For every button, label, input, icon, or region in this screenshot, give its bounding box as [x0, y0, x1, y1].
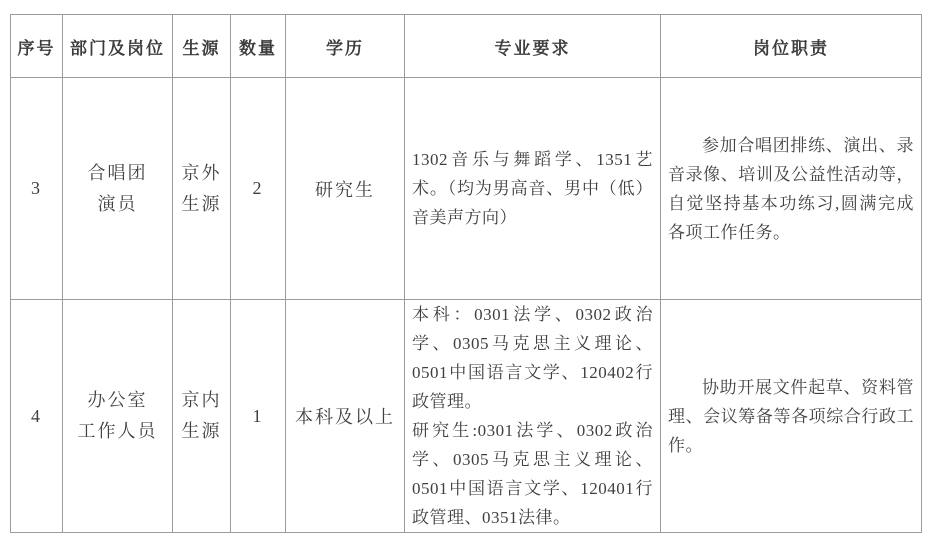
major-paragraph: 研究生:0301法学、0302政治学、0305马克思主义理论、0501中国语言文…: [412, 416, 653, 532]
department-line: 工作人员: [64, 416, 171, 447]
document-page: 序号 部门及岗位 生源 数量 学历 专业要求 岗位职责 3 合唱团 演员 京外 …: [0, 0, 930, 546]
cell-source: 京外 生源: [173, 78, 231, 300]
table-row: 3 合唱团 演员 京外 生源 2 研究生 1302音乐与舞蹈学、1351艺术。（…: [11, 78, 922, 300]
cell-serial: 4: [11, 300, 63, 533]
cell-department: 合唱团 演员: [63, 78, 173, 300]
header-department: 部门及岗位: [63, 15, 173, 78]
cell-duties: 参加合唱团排练、演出、录音录像、培训及公益性活动等，自觉坚持基本功练习,圆满完成…: [661, 78, 922, 300]
header-source: 生源: [173, 15, 231, 78]
cell-quantity: 2: [231, 78, 286, 300]
cell-duties: 协助开展文件起草、资料管理、会议筹备等各项综合行政工作。: [661, 300, 922, 533]
duty-paragraph: 协助开展文件起草、资料管理、会议筹备等各项综合行政工作。: [668, 373, 914, 460]
source-line: 京外: [174, 158, 229, 189]
department-line: 合唱团: [64, 158, 171, 189]
cell-major-requirements: 本科：0301法学、0302政治学、0305马克思主义理论、0501中国语言文学…: [405, 300, 661, 533]
department-line: 办公室: [64, 385, 171, 416]
cell-quantity: 1: [231, 300, 286, 533]
table-row: 4 办公室 工作人员 京内 生源 1 本科及以上 本科：0301法学、0302政…: [11, 300, 922, 533]
cell-serial: 3: [11, 78, 63, 300]
header-serial: 序号: [11, 15, 63, 78]
cell-major-requirements: 1302音乐与舞蹈学、1351艺术。（均为男高音、男中（低）音美声方向）: [405, 78, 661, 300]
source-line: 生源: [174, 416, 229, 447]
source-line: 京内: [174, 385, 229, 416]
duty-paragraph: 参加合唱团排练、演出、录音录像、培训及公益性活动等，自觉坚持基本功练习,圆满完成…: [668, 131, 914, 247]
header-education: 学历: [286, 15, 405, 78]
cell-education: 本科及以上: [286, 300, 405, 533]
major-paragraph: 1302音乐与舞蹈学、1351艺术。（均为男高音、男中（低）音美声方向）: [412, 145, 653, 232]
recruitment-table: 序号 部门及岗位 生源 数量 学历 专业要求 岗位职责 3 合唱团 演员 京外 …: [10, 14, 922, 533]
cell-source: 京内 生源: [173, 300, 231, 533]
header-duties: 岗位职责: [661, 15, 922, 78]
cell-department: 办公室 工作人员: [63, 300, 173, 533]
header-major-requirements: 专业要求: [405, 15, 661, 78]
source-line: 生源: [174, 189, 229, 220]
major-paragraph: 本科：0301法学、0302政治学、0305马克思主义理论、0501中国语言文学…: [412, 300, 653, 416]
cell-education: 研究生: [286, 78, 405, 300]
department-line: 演员: [64, 189, 171, 220]
header-quantity: 数量: [231, 15, 286, 78]
table-header-row: 序号 部门及岗位 生源 数量 学历 专业要求 岗位职责: [11, 15, 922, 78]
